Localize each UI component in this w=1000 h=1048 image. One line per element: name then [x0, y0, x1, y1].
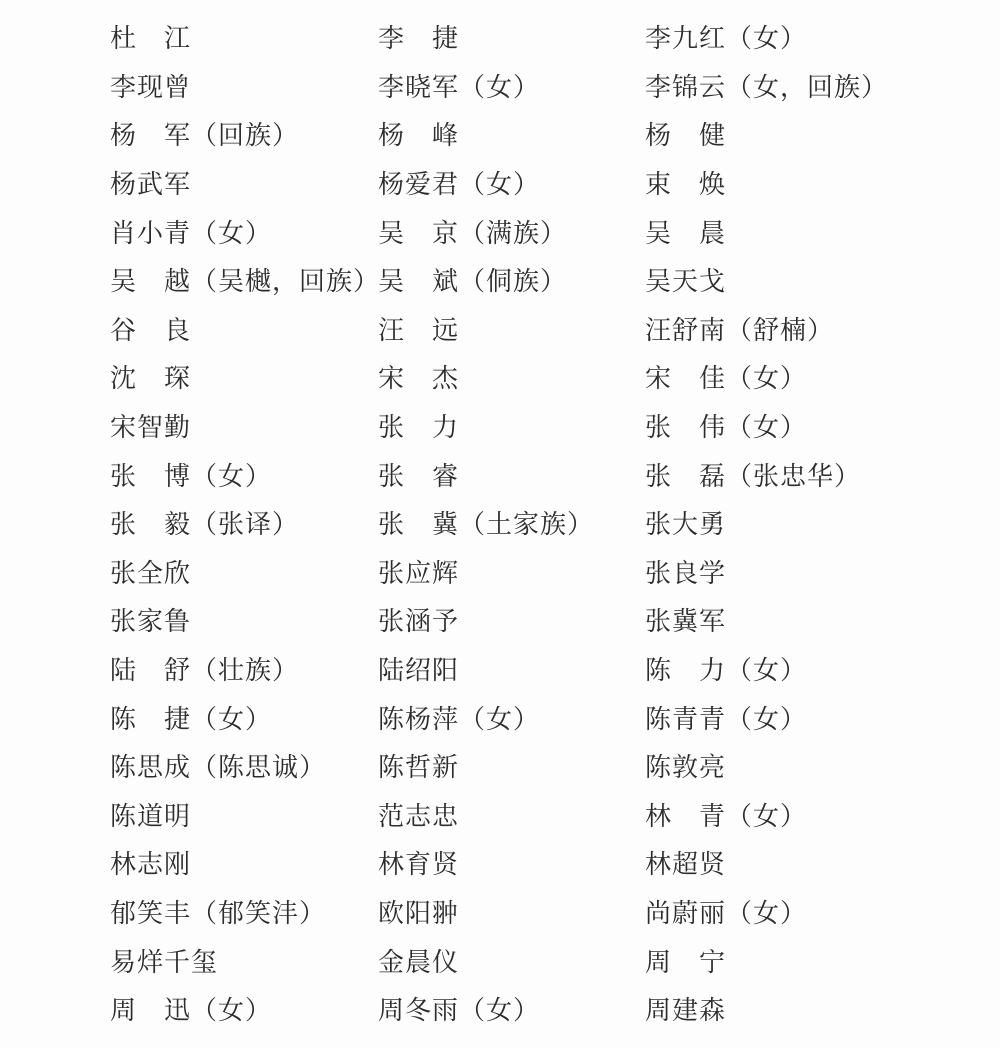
roster-row: 陆 舒（壮族） 陆绍阳 陈 力（女）: [110, 647, 1000, 696]
name-cell: 金晨仪: [378, 950, 645, 976]
name-cell: 杨 峰: [378, 123, 645, 149]
name-cell: 陈思成（陈思诚）: [110, 755, 378, 781]
roster-row: 杨 军（回族） 杨 峰 杨 健: [110, 112, 1000, 161]
roster-row: 陈道明 范志忠 林 青（女）: [110, 793, 1000, 842]
name-cell: 张 伟（女）: [645, 415, 1000, 441]
name-cell: 范志忠: [378, 804, 645, 830]
roster-row: 肖小青（女） 吴 京（满族） 吴 晨: [110, 209, 1000, 258]
name-cell: 李九红（女）: [645, 26, 1000, 52]
name-cell: 周 宁: [645, 950, 1000, 976]
roster-row: 吴 越（吴樾，回族） 吴 斌（侗族） 吴天戈: [110, 258, 1000, 307]
name-cell: 杨武军: [110, 172, 378, 198]
name-cell: 宋 杰: [378, 366, 645, 392]
roster-row: 沈 琛 宋 杰 宋 佳（女）: [110, 355, 1000, 404]
roster-row: 张 毅（张译） 张 冀（土家族） 张大勇: [110, 501, 1000, 550]
name-cell: 李 捷: [378, 26, 645, 52]
name-cell: 张 博（女）: [110, 464, 378, 490]
name-cell: 张 力: [378, 415, 645, 441]
name-cell: 吴 京（满族）: [378, 221, 645, 247]
name-cell: 沈 琛: [110, 366, 378, 392]
roster-row: 杨武军 杨爱君（女） 束 焕: [110, 161, 1000, 210]
name-cell: 林超贤: [645, 852, 1000, 878]
name-cell: 杜 江: [110, 26, 378, 52]
name-cell: 陆绍阳: [378, 658, 645, 684]
name-cell: 陈 力（女）: [645, 658, 1000, 684]
name-cell: 谷 良: [110, 318, 378, 344]
roster-row: 李现曾 李晓军（女） 李锦云（女，回族）: [110, 64, 1000, 113]
name-cell: 张 毅（张译）: [110, 512, 378, 538]
name-cell: 杨爱君（女）: [378, 172, 645, 198]
name-cell: 周冬雨（女）: [378, 998, 645, 1024]
name-cell: 李现曾: [110, 75, 378, 101]
roster-row: 宋智勤 张 力 张 伟（女）: [110, 404, 1000, 453]
roster-row: 周 迅（女） 周冬雨（女） 周建森: [110, 987, 1000, 1036]
name-cell: 张 磊（张忠华）: [645, 464, 1000, 490]
name-cell: 陈杨萍（女）: [378, 707, 645, 733]
name-cell: 陈哲新: [378, 755, 645, 781]
name-cell: 张大勇: [645, 512, 1000, 538]
name-cell: 束 焕: [645, 172, 1000, 198]
roster-row: 张家鲁 张涵予 张冀军: [110, 598, 1000, 647]
roster-row: 张全欣 张应辉 张良学: [110, 550, 1000, 599]
name-cell: 张涵予: [378, 609, 645, 635]
name-cell: 郁笑丰（郁笑沣）: [110, 901, 378, 927]
name-cell: 陈青青（女）: [645, 707, 1000, 733]
roster-row: 谷 良 汪 远 汪舒南（舒楠）: [110, 307, 1000, 356]
name-cell: 林志刚: [110, 852, 378, 878]
name-cell: 尚蔚丽（女）: [645, 901, 1000, 927]
name-cell: 张全欣: [110, 561, 378, 587]
name-cell: 张良学: [645, 561, 1000, 587]
name-cell: 林 青（女）: [645, 804, 1000, 830]
name-cell: 宋智勤: [110, 415, 378, 441]
name-cell: 汪舒南（舒楠）: [645, 318, 1000, 344]
name-cell: 汪 远: [378, 318, 645, 344]
name-cell: 张 睿: [378, 464, 645, 490]
name-cell: 吴天戈: [645, 269, 1000, 295]
name-cell: 欧阳翀: [378, 901, 645, 927]
name-cell: 周 迅（女）: [110, 998, 378, 1024]
name-cell: 陈道明: [110, 804, 378, 830]
name-cell: 张 冀（土家族）: [378, 512, 645, 538]
name-cell: 易烊千玺: [110, 950, 378, 976]
name-cell: 杨 军（回族）: [110, 123, 378, 149]
name-cell: 林育贤: [378, 852, 645, 878]
roster-row: 郁笑丰（郁笑沣） 欧阳翀 尚蔚丽（女）: [110, 890, 1000, 939]
name-cell: 肖小青（女）: [110, 221, 378, 247]
name-cell: 张应辉: [378, 561, 645, 587]
name-cell: 张家鲁: [110, 609, 378, 635]
name-cell: 周建森: [645, 998, 1000, 1024]
name-cell: 陈敦亮: [645, 755, 1000, 781]
roster-row: 陈思成（陈思诚） 陈哲新 陈敦亮: [110, 744, 1000, 793]
name-cell: 吴 晨: [645, 221, 1000, 247]
name-cell: 吴 越（吴樾，回族）: [110, 269, 378, 295]
name-cell: 陈 捷（女）: [110, 707, 378, 733]
document-page: 杜 江 李 捷 李九红（女） 李现曾 李晓军（女） 李锦云（女，回族） 杨 军（…: [0, 0, 1000, 1048]
roster-row: 张 博（女） 张 睿 张 磊（张忠华）: [110, 452, 1000, 501]
roster-row: 易烊千玺 金晨仪 周 宁: [110, 938, 1000, 987]
name-cell: 李晓军（女）: [378, 75, 645, 101]
name-cell: 张冀军: [645, 609, 1000, 635]
name-cell: 吴 斌（侗族）: [378, 269, 645, 295]
name-cell: 李锦云（女，回族）: [645, 75, 1000, 101]
roster-row: 林志刚 林育贤 林超贤: [110, 841, 1000, 890]
name-cell: 宋 佳（女）: [645, 366, 1000, 392]
name-roster: 杜 江 李 捷 李九红（女） 李现曾 李晓军（女） 李锦云（女，回族） 杨 军（…: [0, 0, 1000, 1035]
name-cell: 陆 舒（壮族）: [110, 658, 378, 684]
name-cell: 杨 健: [645, 123, 1000, 149]
roster-row: 杜 江 李 捷 李九红（女）: [110, 15, 1000, 64]
roster-row: 陈 捷（女） 陈杨萍（女） 陈青青（女）: [110, 695, 1000, 744]
